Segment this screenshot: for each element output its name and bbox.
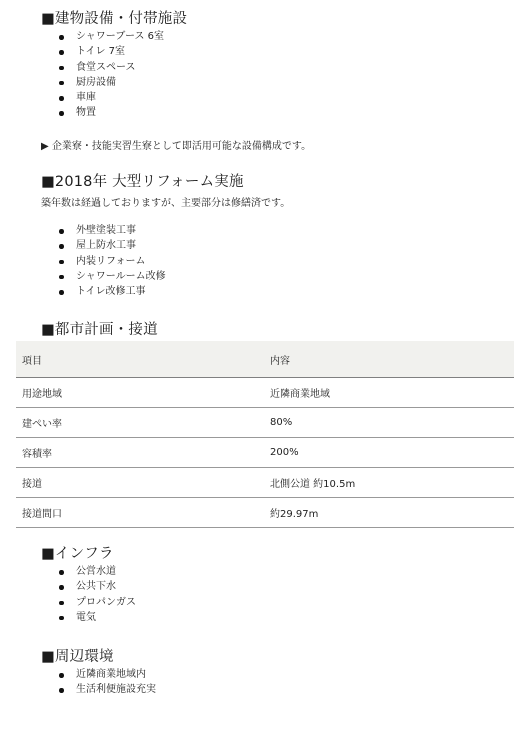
list-item: 公営水道 [58,564,136,579]
infra-heading: ■インフラ [41,542,114,563]
list-item: 生活利便施設充実 [58,682,156,697]
table-row: 容積率 200% [16,438,514,468]
renovation-description: 築年数は経過しておりますが、主要部分は修繕済です。 [41,194,290,209]
cell-value: 約29.97m [270,498,514,528]
list-item: シャワーブース 6室 [58,29,164,44]
column-header-item: 項目 [16,341,270,378]
table-row: 建ぺい率 80% [16,408,514,438]
list-item: 公共下水 [58,579,136,594]
cell-label: 建ぺい率 [16,408,270,438]
list-item: 厨房設備 [58,75,164,90]
surroundings-list: 近隣商業地域内 生活利便施設充実 [58,667,156,698]
list-item: 車庫 [58,90,164,105]
renovation-heading: ■2018年 大型リフォーム実施 [41,170,244,191]
cell-value: 200% [270,438,514,468]
infra-list: 公営水道 公共下水 プロパンガス 電気 [58,564,136,625]
cell-value: 80% [270,408,514,438]
facilities-list: シャワーブース 6室 トイレ 7室 食堂スペース 厨房設備 車庫 物置 [58,29,164,121]
list-item: 外壁塗装工事 [58,223,166,238]
list-item: トイレ 7室 [58,44,164,59]
cell-label: 接道間口 [16,498,270,528]
planning-heading: ■都市計画・接道 [41,318,158,339]
surroundings-heading: ■周辺環境 [41,645,114,666]
list-item: 内装リフォーム [58,254,166,269]
list-item: トイレ改修工事 [58,284,166,299]
table-row: 接道間口 約29.97m [16,498,514,528]
list-item: 食堂スペース [58,60,164,75]
cell-label: 用途地域 [16,378,270,408]
list-item: シャワールーム改修 [58,269,166,284]
planning-table: 項目 内容 用途地域 近隣商業地域 建ぺい率 80% 容積率 200% 接道 北… [16,341,514,528]
facilities-heading: ■建物設備・付帯施設 [41,7,187,28]
cell-label: 接道 [16,468,270,498]
list-item: 屋上防水工事 [58,238,166,253]
cell-value: 北側公道 約10.5m [270,468,514,498]
list-item: 物置 [58,105,164,120]
cell-value: 近隣商業地域 [270,378,514,408]
renovation-list: 外壁塗装工事 屋上防水工事 内装リフォーム シャワールーム改修 トイレ改修工事 [58,223,166,299]
table-row: 用途地域 近隣商業地域 [16,378,514,408]
list-item: プロパンガス [58,595,136,610]
column-header-content: 内容 [270,341,514,378]
cell-label: 容積率 [16,438,270,468]
list-item: 近隣商業地域内 [58,667,156,682]
list-item: 電気 [58,610,136,625]
table-header-row: 項目 内容 [16,341,514,378]
table-row: 接道 北側公道 約10.5m [16,468,514,498]
facilities-note: ▶ 企業寮・技能実習生寮として即活用可能な設備構成です。 [41,137,311,152]
